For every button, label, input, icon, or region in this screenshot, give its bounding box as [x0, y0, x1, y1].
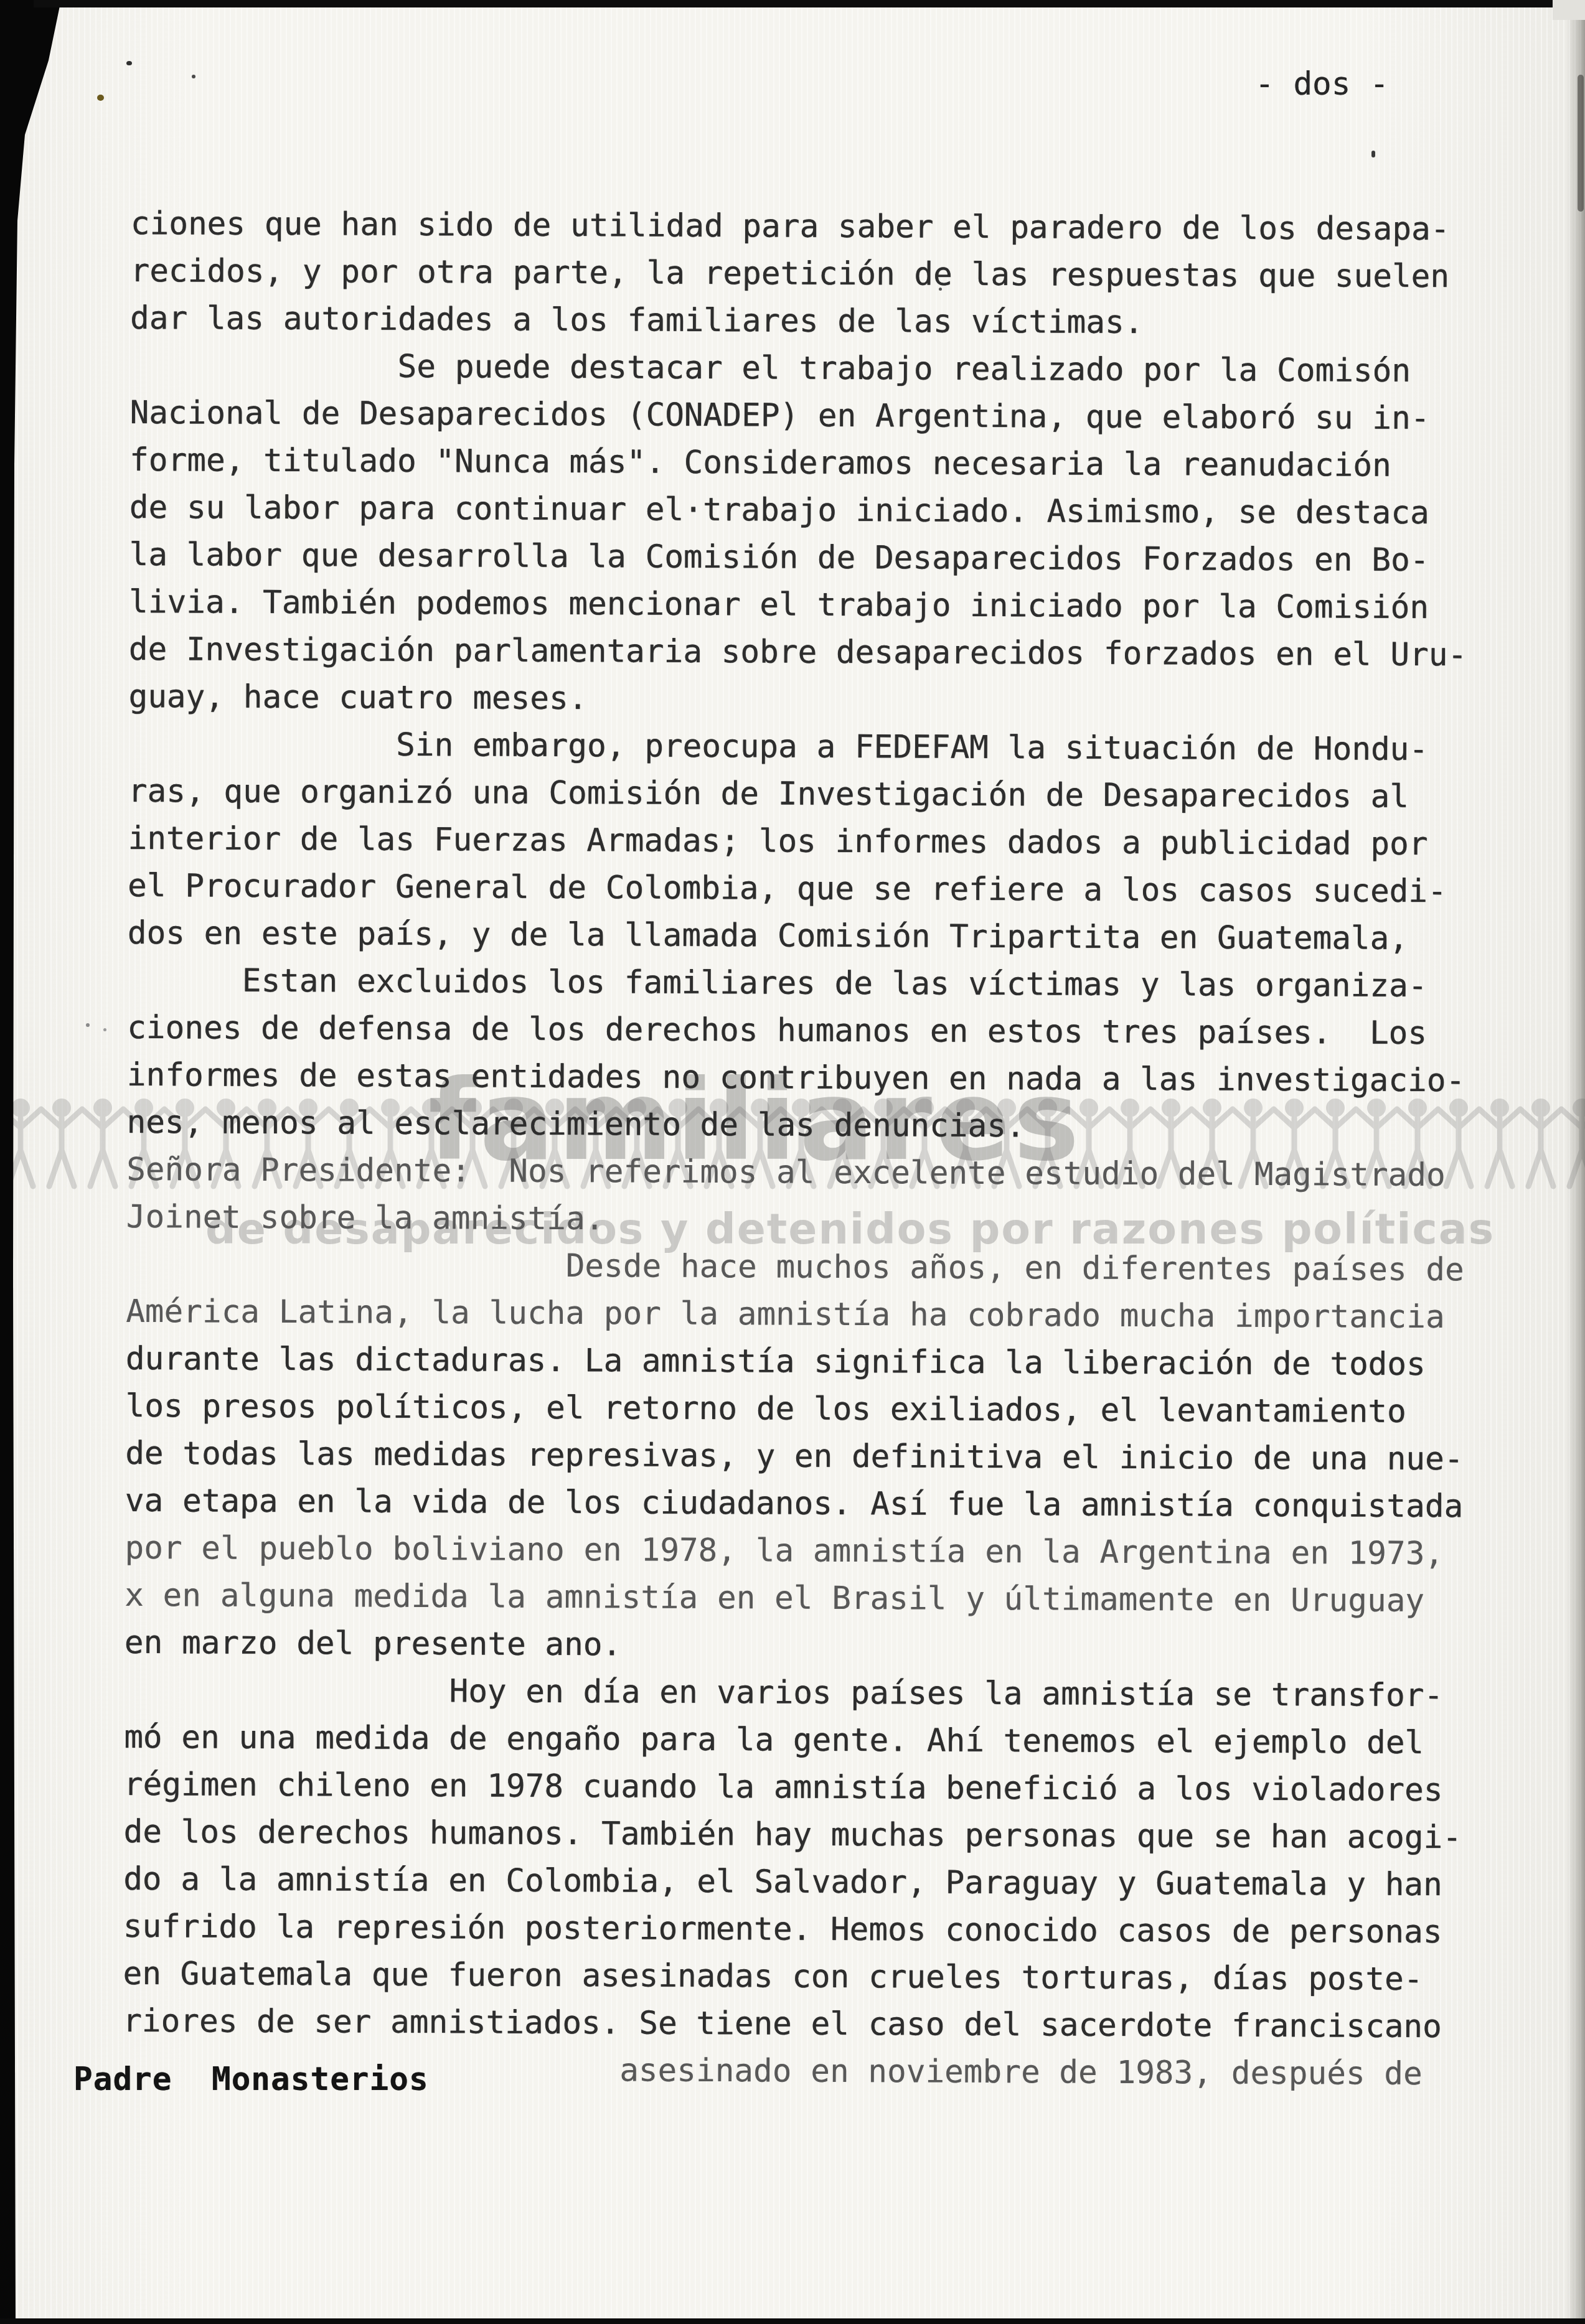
typed-line: Joinet sobre la amnistía.: [126, 1194, 1546, 1247]
scan-speck: [1371, 151, 1375, 157]
typed-line: dar las autoridades a los familiares de …: [130, 295, 1550, 349]
scan-speck: [103, 1028, 106, 1031]
typed-line: dos en este país, y de la llamada Comisi…: [128, 910, 1547, 963]
typed-line: Desde hace muchos años, en diferentes pa…: [126, 1241, 1545, 1295]
scan-edge-right: [1566, 12, 1585, 2318]
typed-line: x en alguna medida la amnistía en el Bra…: [125, 1572, 1544, 1626]
typed-line: en Guatemala que fueron asesinadas con c…: [123, 1951, 1542, 2004]
typed-line: Sin embargo, preocupa a FEDEFAM la situa…: [128, 721, 1548, 774]
typed-line: Estan excluidos los familiares de las ví…: [127, 957, 1546, 1011]
typed-line: interior de las Fuerzas Armadas; los inf…: [128, 815, 1547, 869]
typed-line: riores de ser amnistiados. Se tiene el c…: [123, 1998, 1542, 2051]
typed-line: de Investigación parlamentaria sobre des…: [129, 626, 1548, 680]
typed-line: guay, hace cuatro meses.: [128, 673, 1548, 727]
page-number: - dos -: [1255, 66, 1389, 103]
typed-text-block: ciones que han sido de utilidad para sab…: [123, 200, 1550, 2099]
scan-speck: [86, 1023, 90, 1027]
typed-line: do a la amnistía en Colombia, el Salvado…: [123, 1856, 1543, 1909]
typed-line: nes, menos al esclarecimiento de las den…: [126, 1099, 1546, 1153]
scan-speck: [939, 288, 942, 291]
scan-edge-bottom: [0, 2318, 1585, 2324]
typed-line: Nacional de Desaparecidos (CONADEP) en A…: [129, 390, 1549, 443]
typed-line: Señora Presidente: Nos referimos al exce…: [126, 1146, 1546, 1200]
typed-line: de todas las medidas represivas, y en de…: [125, 1430, 1545, 1484]
typed-line: en marzo del presente ano.: [125, 1619, 1544, 1673]
author-name-stamp: Padre Monasterios: [73, 2061, 429, 2098]
scanned-document-page: familiares de desaparecidos y detenidos …: [0, 0, 1585, 2324]
typed-line: Hoy en día en varios países la amnistía …: [124, 1667, 1543, 1720]
typed-line: el Procurador General de Colombia, que s…: [128, 863, 1547, 916]
typed-line: los presos políticos, el retorno de los …: [125, 1383, 1545, 1436]
typed-line: mó en una medida de engaño para la gente…: [124, 1714, 1543, 1768]
typed-line: América Latina, la lucha por la amnistía…: [126, 1288, 1545, 1342]
typed-line: Se puede destacar el trabajo realizado p…: [130, 342, 1550, 396]
scan-edge-top: [34, 0, 1554, 7]
typed-line: ras, que organizó una Comisión de Invest…: [128, 768, 1548, 822]
scan-speck: [126, 61, 132, 65]
typed-line: va etapa en la vida de los ciudadanos. A…: [125, 1478, 1545, 1531]
typed-line: ciones que han sido de utilidad para sab…: [131, 200, 1550, 254]
typed-line: la labor que desarrolla la Comisión de D…: [129, 532, 1548, 585]
typed-line: durante las dictaduras. La amnistía sign…: [126, 1336, 1545, 1389]
scan-speck: [97, 95, 104, 101]
scan-edge-right-blotch: [1578, 75, 1584, 212]
typed-line: por el pueblo boliviano en 1978, la amni…: [125, 1525, 1544, 1578]
typed-line: informes de estas entidades no contribuy…: [127, 1052, 1546, 1105]
typed-line: forme, titulado "Nunca más". Consideramo…: [129, 437, 1549, 490]
typed-line: livia. También podemos mencionar el trab…: [129, 579, 1548, 632]
scan-corner-top-right: [1553, 0, 1585, 20]
typed-line: sufrido la represión posteriormente. Hem…: [123, 1903, 1543, 1957]
typed-line: de los derechos humanos. También hay muc…: [123, 1809, 1543, 1862]
typed-line: de su labor para continuar el·trabajo in…: [129, 484, 1549, 538]
typed-line: recidos, y por otra parte, la repetición…: [130, 248, 1550, 301]
scan-speck: [192, 75, 195, 78]
typed-line: ciones de defensa de los derechos humano…: [127, 1005, 1546, 1058]
typed-line: régimen chileno en 1978 cuando la amnist…: [124, 1761, 1543, 1815]
